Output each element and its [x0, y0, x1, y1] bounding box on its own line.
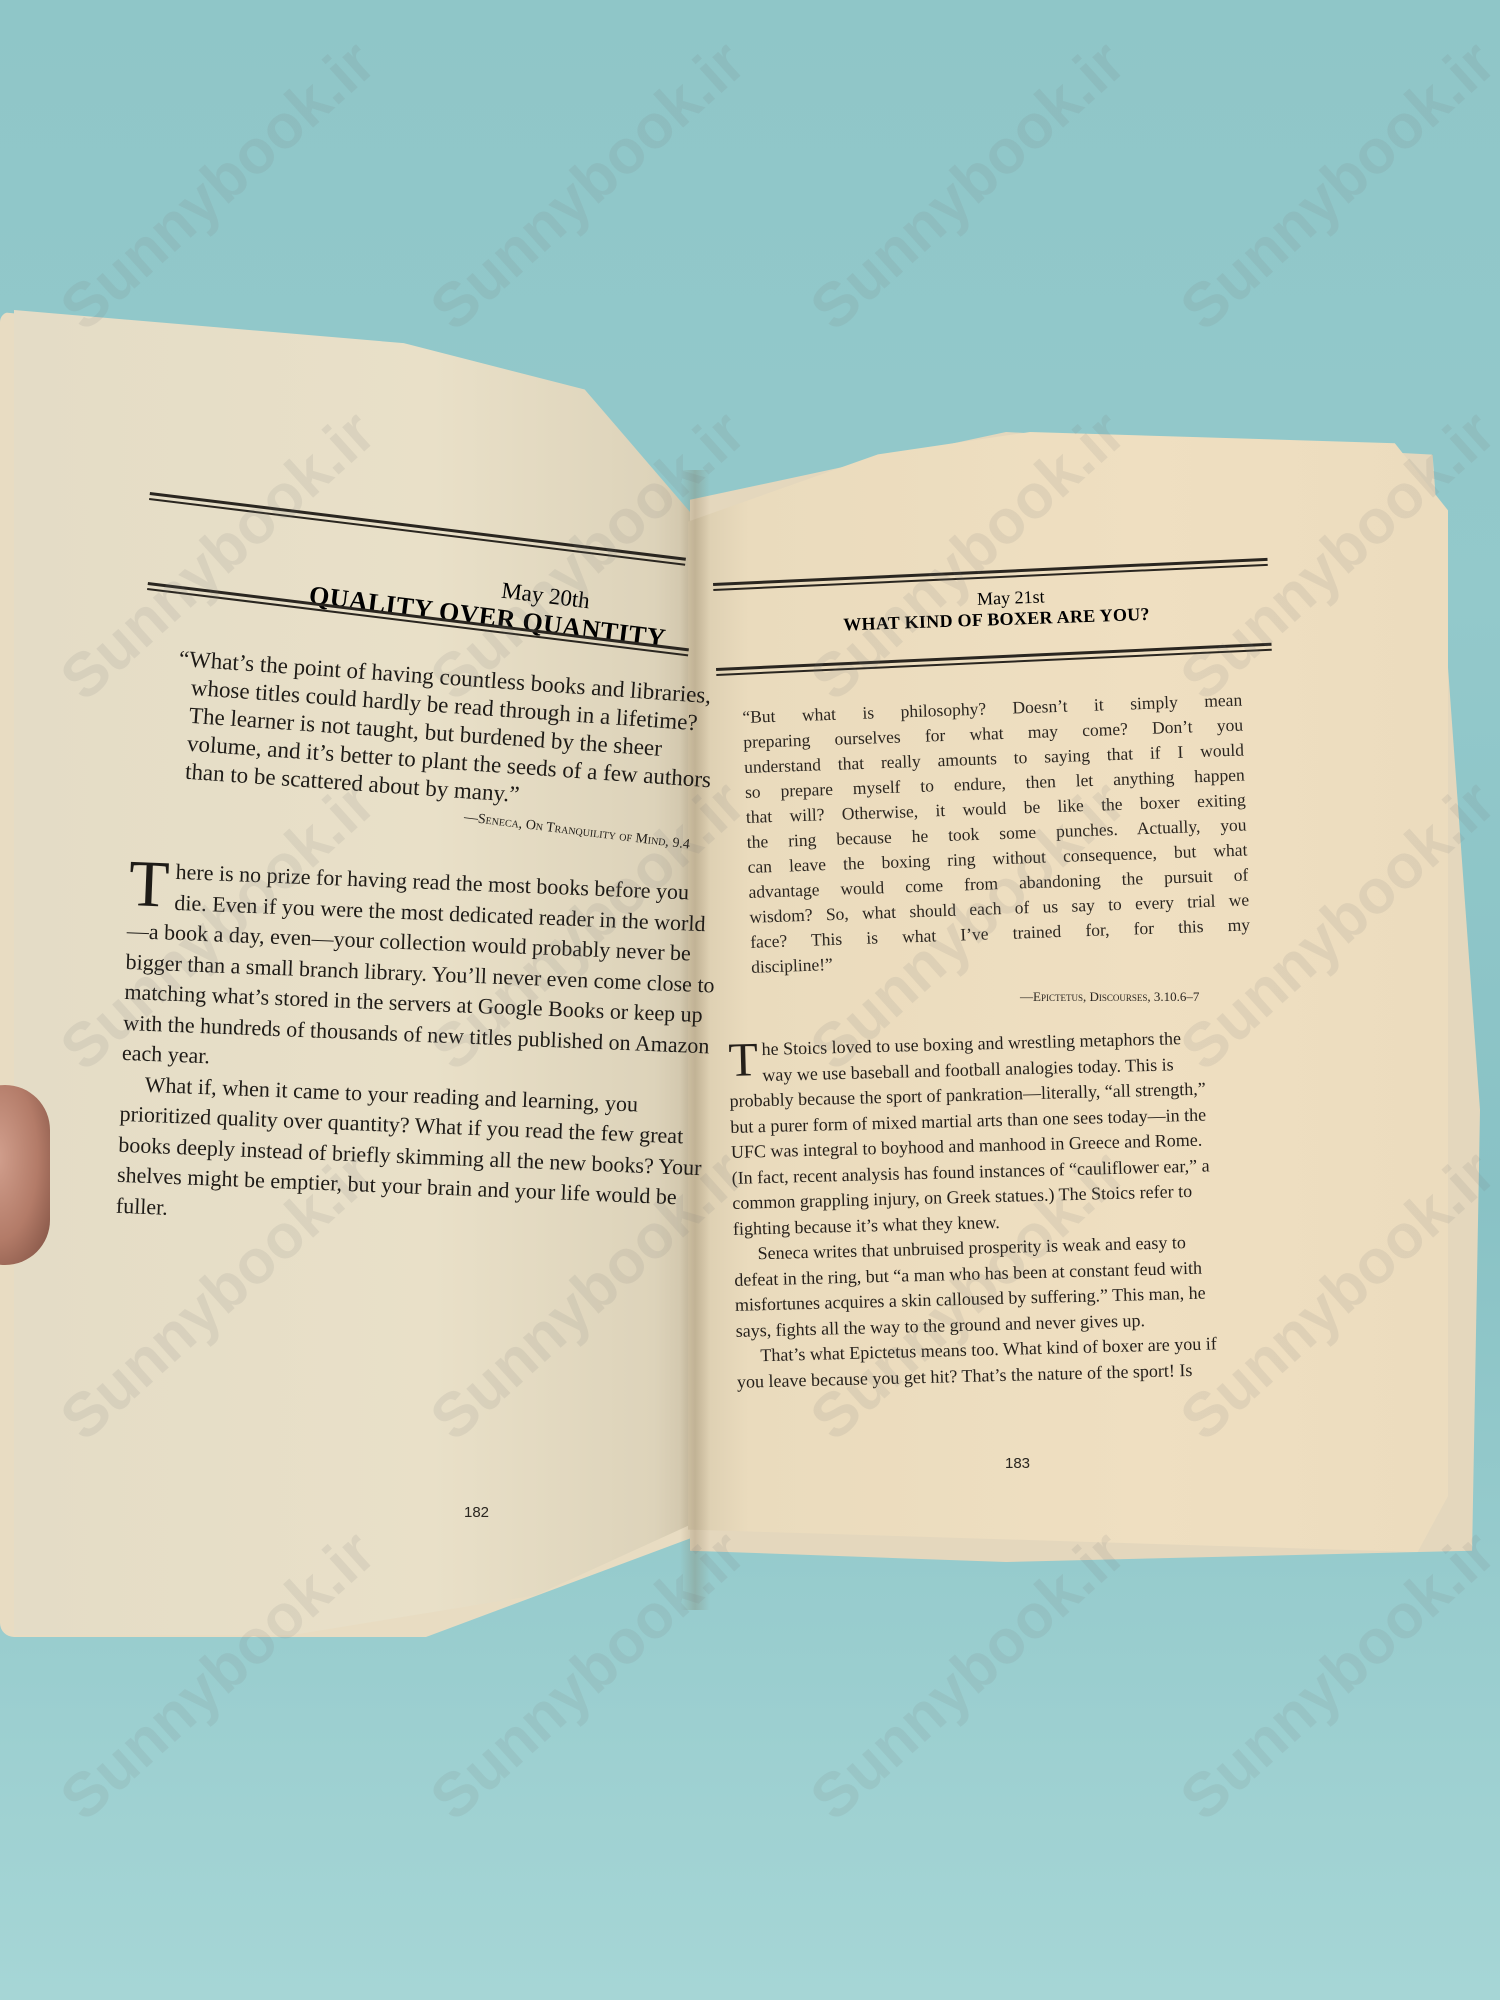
watermark: Sunnybook.ir	[417, 27, 759, 345]
watermark: Sunnybook.ir	[47, 27, 389, 345]
watermark: Sunnybook.ir	[1167, 27, 1500, 345]
right-page-number: 183	[1005, 1455, 1030, 1472]
watermark: Sunnybook.ir	[797, 27, 1139, 345]
right-epigraph-quote: “But what is philosophy? Doesn’t it simp…	[742, 688, 1251, 980]
watermark: Sunnybook.ir	[797, 1517, 1139, 1835]
thumb	[0, 1085, 50, 1265]
drop-cap: T	[728, 1039, 758, 1082]
right-body-text: T he Stoics loved to use boxing and wres…	[728, 1023, 1317, 1395]
left-body-text: T here is no prize for having read the m…	[115, 855, 709, 1244]
right-quote-attribution: —Epictetus, Discourses, 3.10.6–7	[1020, 989, 1199, 1005]
left-page-number: 182	[464, 1504, 489, 1521]
watermark: Sunnybook.ir	[1167, 1517, 1500, 1835]
drop-cap: T	[128, 857, 170, 913]
